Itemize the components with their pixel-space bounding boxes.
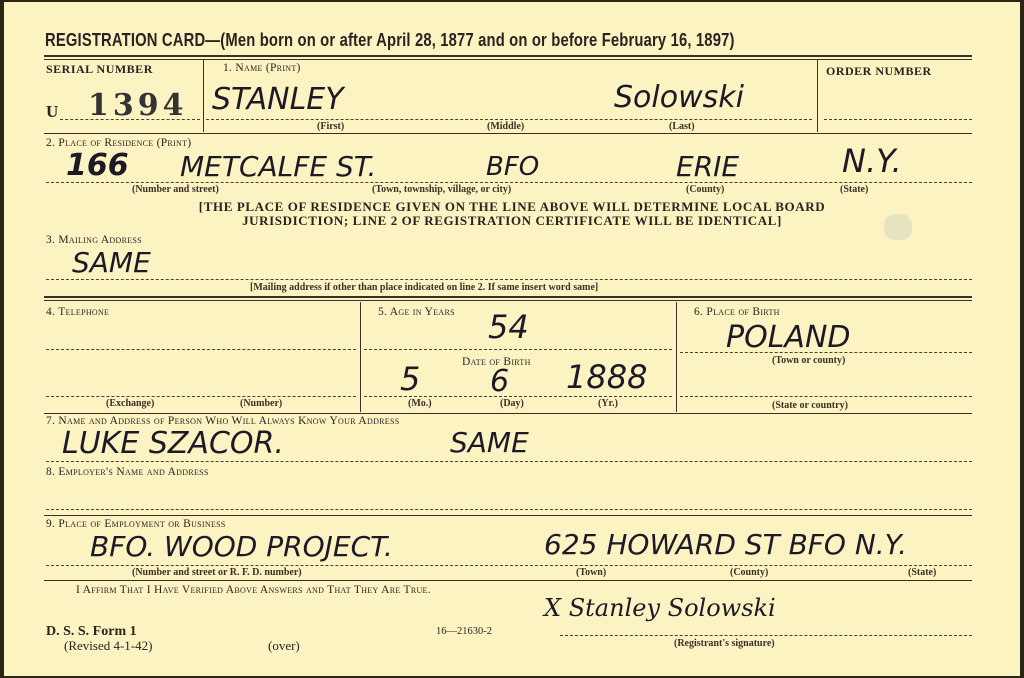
residence-number-value: 166 <box>66 148 129 183</box>
rule-top <box>44 55 972 57</box>
residence-notice-1: [THE PLACE OF RESIDENCE GIVEN ON THE LIN… <box>4 200 1020 214</box>
residence-town-value: BFO <box>486 152 539 182</box>
last-name-value: Solowski <box>614 80 744 115</box>
caption-month: (Mo.) <box>408 398 432 409</box>
residence-line <box>46 182 972 183</box>
caption-emp-town: (Town) <box>576 567 606 578</box>
registrant-signature: X Stanley Solowski <box>544 594 776 622</box>
employer-line <box>46 509 972 510</box>
residence-county-value: ERIE <box>676 150 739 183</box>
registration-card: REGISTRATION CARD—(Men born on or after … <box>4 2 1020 676</box>
age-label: 5. Age in Years <box>378 306 455 318</box>
affirmation-text: I Affirm That I Have Verified Above Answ… <box>76 584 431 596</box>
rule-employment-bottom <box>44 580 972 581</box>
name-label: 1. Name (Print) <box>223 62 301 74</box>
signature-caption: (Registrant's signature) <box>674 638 775 649</box>
dob-line <box>364 396 672 397</box>
caption-state: (State) <box>840 184 868 195</box>
employment-line <box>46 565 972 566</box>
dob-year-value: 1888 <box>566 358 647 396</box>
telephone-line-1 <box>46 349 356 350</box>
caption-emp-state: (State) <box>908 567 936 578</box>
residence-state-value: N.Y. <box>842 142 902 180</box>
over-note: (over) <box>268 638 300 654</box>
caption-first: (First) <box>317 121 344 132</box>
telephone-divider <box>360 302 361 412</box>
birthplace-line-2 <box>680 396 972 397</box>
caption-state-country: (State or country) <box>772 400 848 411</box>
caption-number-street: (Number and street) <box>132 184 219 195</box>
telephone-line-2 <box>46 396 356 397</box>
age-line <box>364 349 672 350</box>
card-title: REGISTRATION CARD—(Men born on or after … <box>45 29 735 51</box>
mailing-line <box>46 279 972 280</box>
employer-label: 8. Employer's Name and Address <box>46 466 209 478</box>
caption-emp-county: (County) <box>730 567 768 578</box>
birthplace-town-value: POLAND <box>726 320 850 355</box>
birthplace-line-1 <box>680 352 972 353</box>
employment-address-value: 625 HOWARD ST BFO N.Y. <box>544 528 907 561</box>
serial-number-value: 1394 <box>88 88 188 123</box>
order-number-label: ORDER NUMBER <box>826 64 932 79</box>
rule-mailing-bottom <box>44 296 972 298</box>
rule-birth-bottom <box>44 413 972 414</box>
form-revised: (Revised 4-1-42) <box>64 638 152 654</box>
caption-year: (Yr.) <box>598 398 618 409</box>
rule-name-bottom <box>44 133 972 134</box>
caption-exchange: (Exchange) <box>106 398 154 409</box>
caption-rfd: (Number and street or R. F. D. number) <box>132 567 302 578</box>
contact-address-value: SAME <box>450 426 529 459</box>
caption-town-county: (Town or county) <box>772 355 845 366</box>
age-value: 54 <box>488 308 529 346</box>
caption-town: (Town, township, village, or city) <box>372 184 511 195</box>
signature-line <box>560 635 972 636</box>
contact-line <box>46 461 972 462</box>
mailing-caption: [Mailing address if other than place ind… <box>250 282 598 293</box>
caption-number: (Number) <box>240 398 282 409</box>
caption-last: (Last) <box>669 121 695 132</box>
employment-label: 9. Place of Employment or Business <box>46 518 226 530</box>
serial-prefix: U <box>46 102 58 122</box>
name-line <box>206 119 812 120</box>
telephone-label: 4. Telephone <box>46 306 109 318</box>
dob-month-value: 5 <box>400 360 420 398</box>
residence-notice-2: JURISDICTION; LINE 2 OF REGISTRATION CER… <box>4 214 1020 228</box>
dob-day-value: 6 <box>490 364 509 399</box>
serial-divider <box>203 60 204 132</box>
serial-line <box>60 119 200 120</box>
caption-county: (County) <box>686 184 724 195</box>
employment-street-value: BFO. WOOD PROJECT. <box>90 530 393 563</box>
age-divider <box>676 302 677 412</box>
order-divider <box>817 60 818 132</box>
serial-number-label: SERIAL NUMBER <box>46 62 153 77</box>
caption-day: (Day) <box>500 398 524 409</box>
form-print-code: 16—21630-2 <box>436 626 492 637</box>
rule-mailing-bottom-2 <box>44 300 972 301</box>
contact-name-value: LUKE SZACOR. <box>62 426 284 461</box>
first-name-value: STANLEY <box>212 82 344 117</box>
rule-employer-bottom <box>44 515 972 516</box>
mailing-address-label: 3. Mailing Address <box>46 234 142 246</box>
birthplace-label: 6. Place of Birth <box>694 306 780 318</box>
residence-street-value: METCALFE ST. <box>180 150 376 183</box>
order-line <box>824 119 972 120</box>
caption-middle: (Middle) <box>487 121 524 132</box>
mailing-address-value: SAME <box>72 246 151 279</box>
rule-top-2 <box>44 59 972 60</box>
